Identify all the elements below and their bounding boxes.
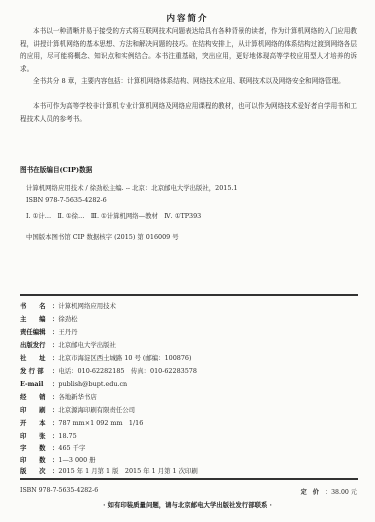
- summary-paragraph-3: 本书可作为高等学校非计算机专业计算机网络及网络应用课程的教材，也可以作为网络技术…: [20, 100, 357, 125]
- info-label: 经 销: [20, 392, 52, 401]
- cip-heading: 图书在版编目(CIP)数据: [20, 164, 92, 174]
- cip-line-record-number: 中国版本图书馆 CIP 数据核字 (2015) 第 016009 号: [26, 232, 179, 241]
- info-row-word-count: 字 数：465 千字: [20, 443, 85, 452]
- info-label: 责任编辑: [20, 327, 52, 336]
- info-value: 787 mm×1 092 mm 1/16: [58, 419, 143, 427]
- summary-paragraph-2: 全书共分 8 章，主要内容包括：计算机网络体系结构、网络技术应用、联网技术以及网…: [20, 75, 357, 88]
- info-row-publisher: 出版发行：北京邮电大学出版社: [20, 340, 116, 349]
- info-label: E-mail: [20, 380, 52, 388]
- info-label: 社 址: [20, 353, 52, 362]
- info-value: 计算机网络应用技术: [58, 302, 116, 310]
- info-label: 开 本: [20, 418, 52, 427]
- info-value: 徐劲松: [58, 315, 77, 323]
- cip-line-classification: Ⅰ. ①计… Ⅱ. ①徐… Ⅲ. ①计算机网络—教材 Ⅳ. ①TP393: [26, 211, 201, 220]
- divider-top: [20, 294, 358, 296]
- info-label: 主 编: [20, 314, 52, 323]
- info-label: 印 张: [20, 431, 52, 440]
- info-row-format: 开 本：787 mm×1 092 mm 1/16: [20, 418, 143, 427]
- info-value: 北京市海淀区西土城路 10 号 (邮编：100876): [58, 354, 191, 362]
- info-value: 2015 年 1 月第 1 版 2015 年 1 月第 1 次印刷: [58, 467, 197, 475]
- info-row-responsible-editor: 责任编辑：王丹丹: [20, 327, 78, 336]
- info-row-printed-sheets: 印 张：18.75: [20, 431, 77, 440]
- info-label: 印 刷: [20, 405, 52, 414]
- cip-line-isbn: ISBN 978-7-5635-4282-6: [26, 196, 107, 204]
- info-label: 版 次: [20, 466, 52, 475]
- info-row-print-run: 印 数：1—3 000 册: [20, 455, 96, 464]
- price-label: 定价: [301, 489, 325, 496]
- info-value: 各地新华书店: [58, 393, 96, 401]
- info-value: 1—3 000 册: [58, 456, 95, 464]
- info-label: 发 行 部: [20, 366, 52, 375]
- info-value: 北京源海印刷有限责任公司: [58, 406, 135, 414]
- info-row-book-title: 书 名：计算机网络应用技术: [20, 301, 116, 310]
- summary-paragraph-1: 本书以一种清晰并易于接受的方式将互联网技术问题表达给具有各种背景的读者，作为计算…: [20, 25, 357, 75]
- info-value: publish@bupt.edu.cn: [58, 380, 127, 388]
- info-row-printer: 印 刷：北京源海印刷有限责任公司: [20, 405, 135, 414]
- cip-line-title: 计算机网络应用技术 / 徐劲松主编. -- 北京：北京邮电大学出版社，2015.…: [26, 183, 238, 192]
- divider-bottom: [20, 478, 358, 480]
- info-row-distribution-dept: 发 行 部：电话：010-62282185 传真：010-62283578: [20, 366, 197, 375]
- info-value: 电话：010-62282185 传真：010-62283578: [58, 367, 197, 375]
- quality-notice: · 如有印装质量问题，请与北京邮电大学出版社发行部联系 ·: [0, 500, 375, 509]
- info-value: 465 千字: [58, 444, 85, 452]
- info-row-distributor: 经 销：各地新华书店: [20, 392, 97, 401]
- info-value: 北京邮电大学出版社: [58, 341, 116, 349]
- info-label: 印 数: [20, 455, 52, 464]
- summary-title: 内容简介: [0, 12, 375, 24]
- info-row-email: E-mail：publish@bupt.edu.cn: [20, 379, 127, 388]
- info-label: 字 数: [20, 443, 52, 452]
- info-row-editor: 主 编：徐劲松: [20, 314, 78, 323]
- info-value: 18.75: [58, 432, 76, 440]
- price-value: 38.00 元: [331, 489, 357, 496]
- footer-isbn: ISBN 978-7-5635-4282-6: [20, 487, 98, 494]
- info-value: 王丹丹: [58, 328, 77, 336]
- info-label: 书 名: [20, 301, 52, 310]
- footer-price: 定价：38.00 元: [301, 487, 357, 496]
- info-label: 出版发行: [20, 340, 52, 349]
- copyright-page: 内容简介 本书以一种清晰并易于接受的方式将互联网技术问题表达给具有各种背景的读者…: [0, 0, 375, 522]
- info-row-edition: 版 次：2015 年 1 月第 1 版 2015 年 1 月第 1 次印刷: [20, 466, 198, 475]
- info-row-address: 社 址：北京市海淀区西土城路 10 号 (邮编：100876): [20, 353, 191, 362]
